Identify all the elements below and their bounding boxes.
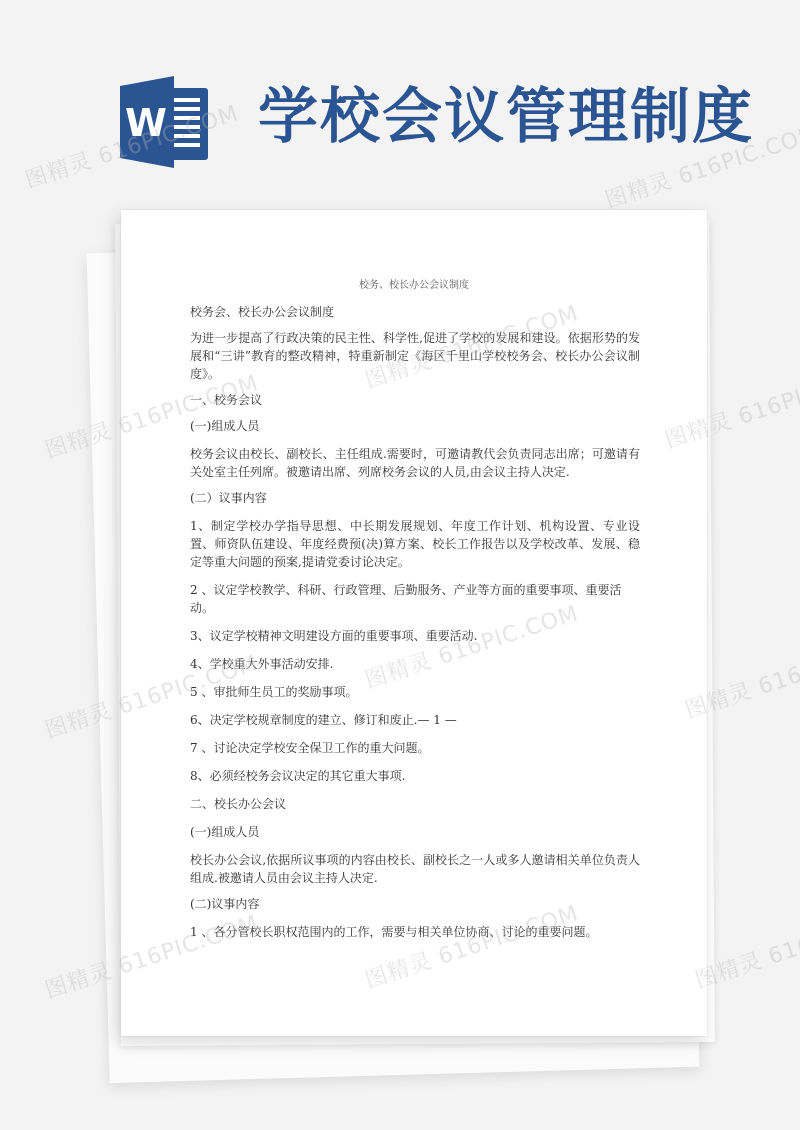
list-item: 3、议定学校精神文明建设方面的重要事项、重要活动. — [190, 627, 640, 645]
svg-text:W: W — [125, 101, 167, 145]
list-item: 1、制定学校办学指导思想、中长期发展规划、年度工作计划、机构设置、专业设置、师资… — [190, 517, 640, 571]
section-heading: 二、校长办公会议 — [190, 795, 640, 813]
subsection-heading: (一)组成人员 — [190, 417, 640, 435]
document-title: 校务会、校长办公会议制度 — [190, 303, 640, 321]
list-item: 1 、各分管校长职权范围内的工作，需要与相关单位协商、讨论的重要问题。 — [190, 923, 640, 941]
banner-title: 学校会议管理制度 — [258, 82, 754, 152]
document-body: 校务会、校长办公会议制度 为进一步提高了行政决策的民主性、科学性,促进了学校的发… — [190, 298, 640, 941]
subsection-heading: (二）议事内容 — [190, 489, 640, 507]
paragraph: 校务会议由校长、副校长、主任组成.需要时，可邀请教代会负责同志出席；可邀请有关处… — [190, 445, 640, 481]
subsection-heading: (二)议事内容 — [190, 895, 640, 913]
list-item: 8、必须经校务会议决定的其它重大事项. — [190, 767, 640, 785]
list-item: 2 、议定学校教学、科研、行政管理、后勤服务、产业等方面的重要事项、重要活动。 — [190, 581, 640, 617]
paragraph: 校长办公会议,依据所议事项的内容由校长、副校长之一人或多人邀请相关单位负责人组成… — [190, 851, 640, 887]
section-heading: 一、校务会议 — [190, 391, 640, 409]
subsection-heading: (一)组成人员 — [190, 823, 640, 841]
document-page: 校务、校长办公会议制度 校务会、校长办公会议制度 为进一步提高了行政决策的民主性… — [121, 210, 707, 1036]
list-item: 4、学校重大外事活动安排. — [190, 655, 640, 673]
list-item: 6、决定学校规章制度的建立、修订和废止.— 1 — — [190, 711, 640, 729]
page-header: 校务、校长办公会议制度 — [121, 276, 707, 291]
intro-paragraph: 为进一步提高了行政决策的民主性、科学性,促进了学校的发展和建设。依据形势的发展和… — [190, 329, 640, 383]
list-item: 5 、审批师生员工的奖励事项。 — [190, 683, 640, 701]
word-document-icon: W — [116, 74, 212, 170]
list-item: 7 、讨论决定学校安全保卫工作的重大问题。 — [190, 739, 640, 757]
